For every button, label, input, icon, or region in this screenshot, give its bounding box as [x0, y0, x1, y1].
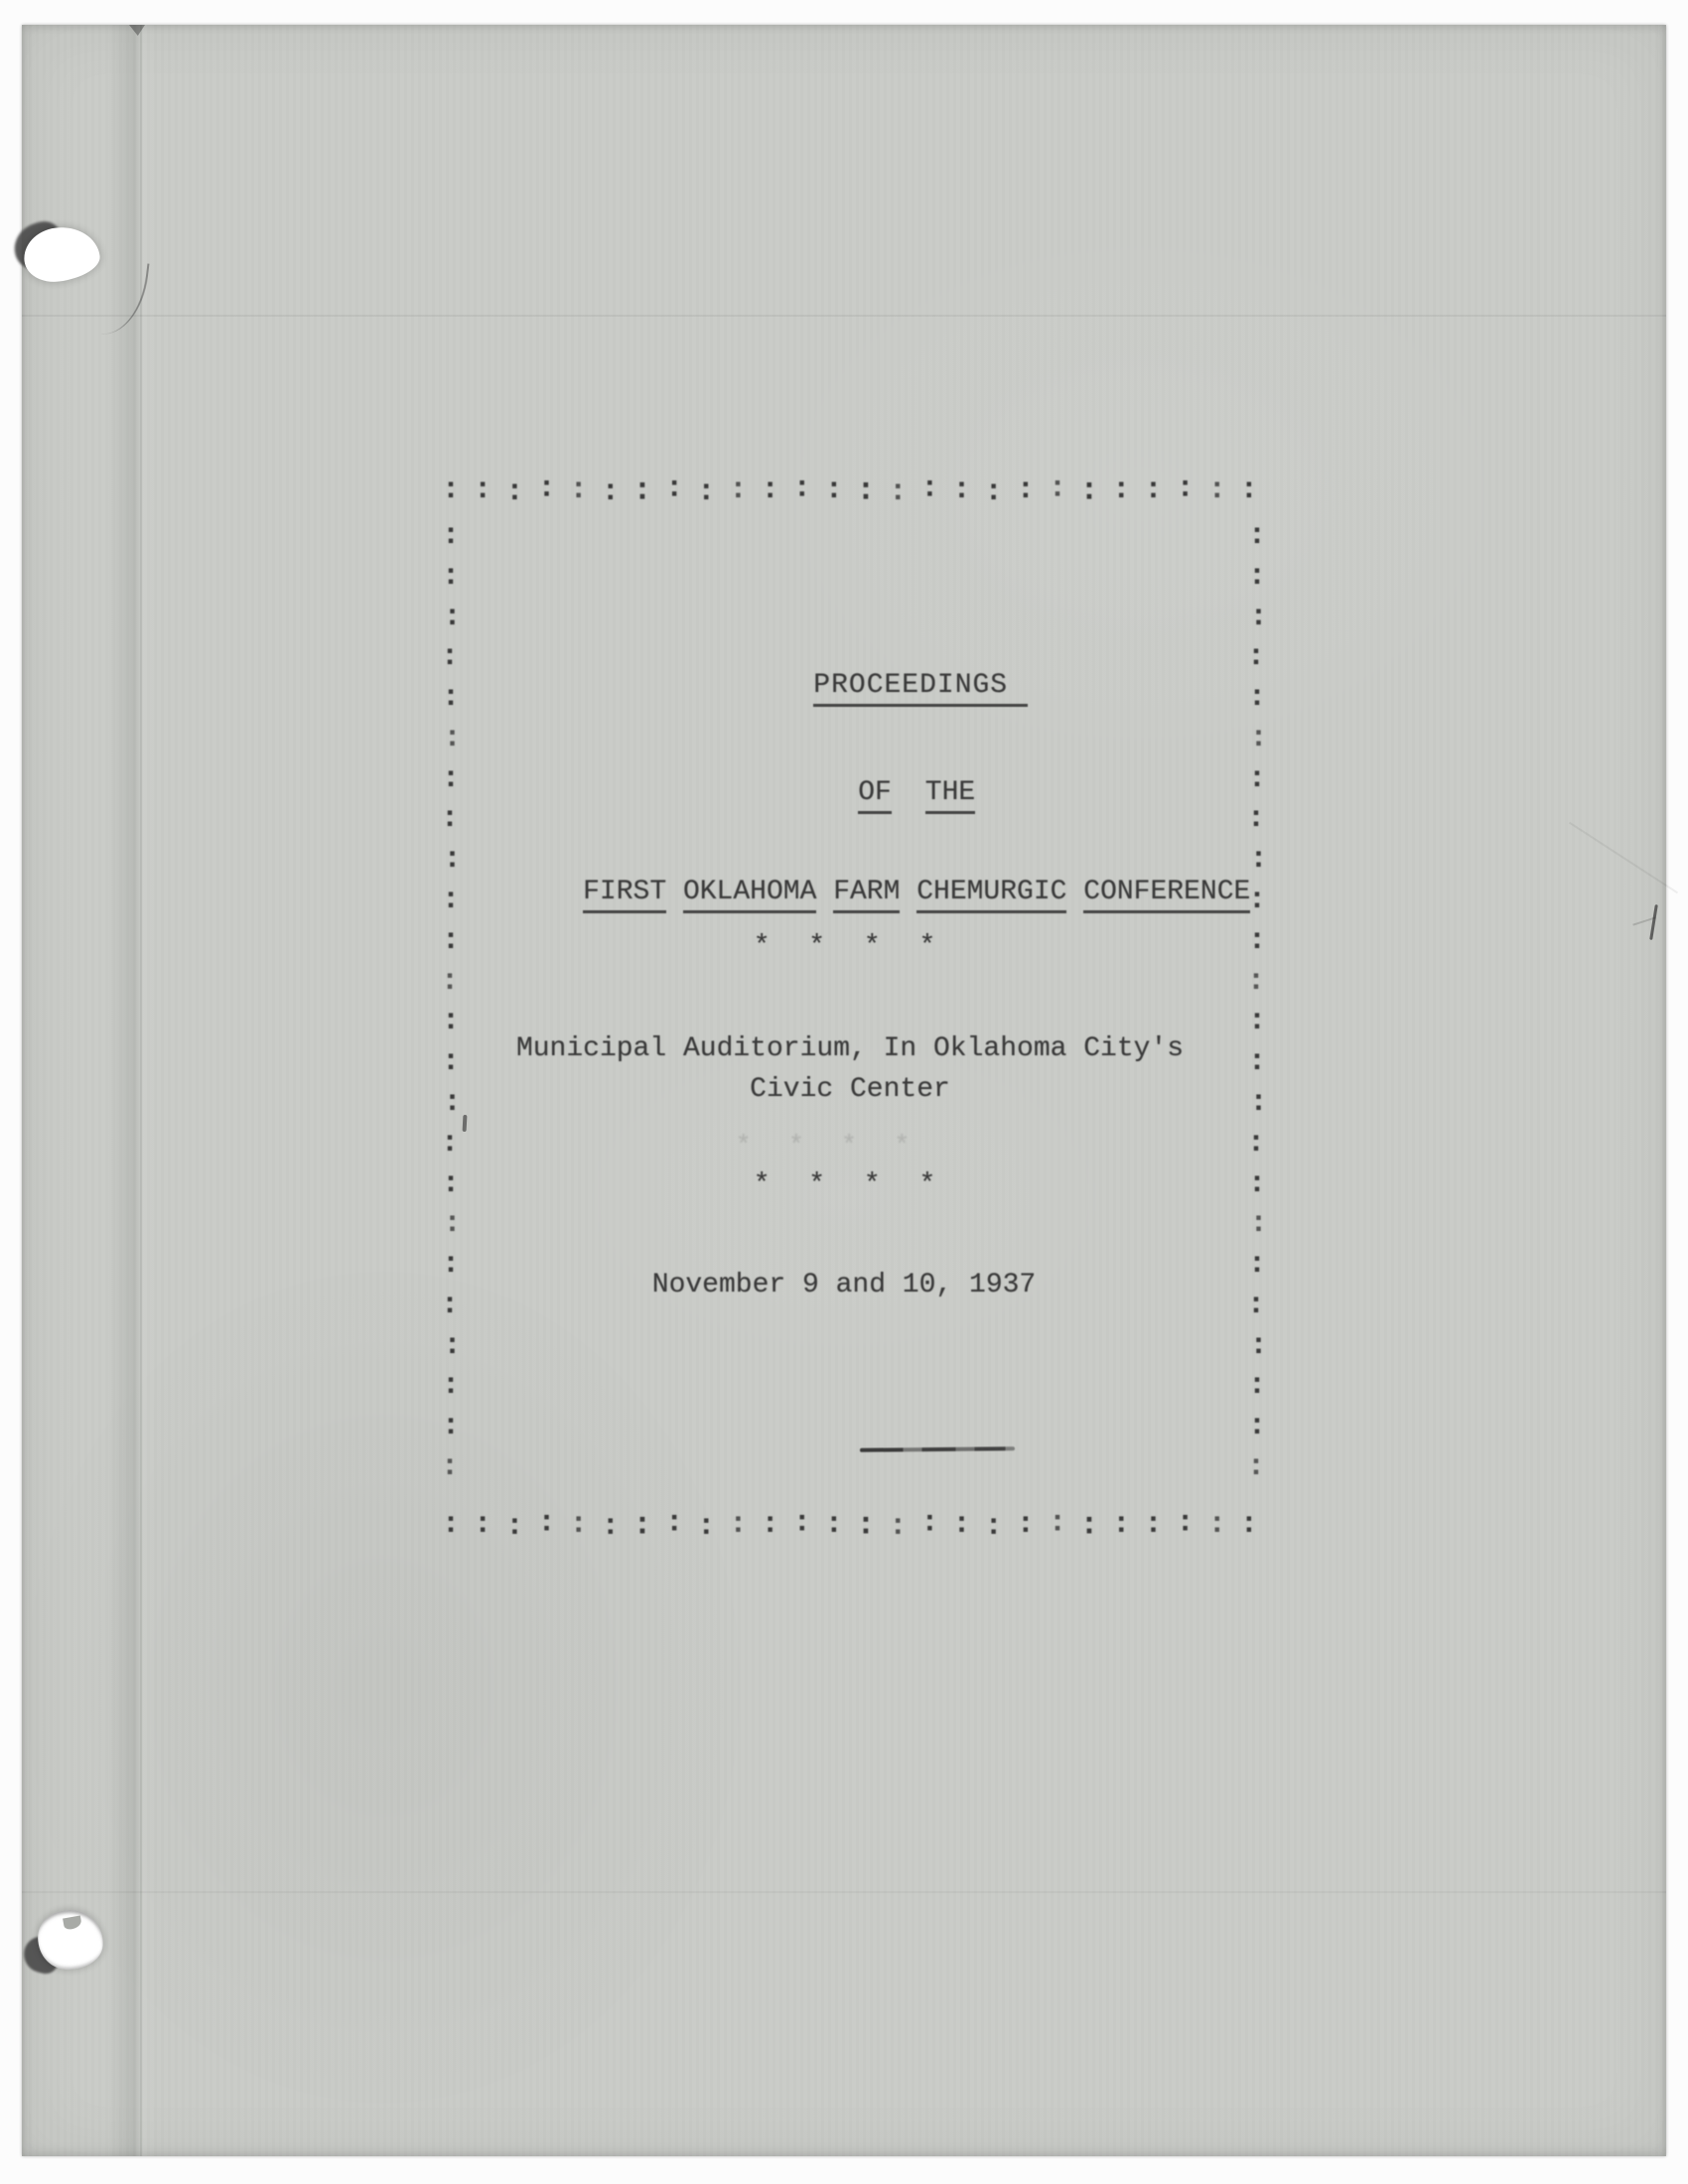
- border-colon: :: [920, 476, 938, 503]
- border-colon: :: [1144, 1511, 1162, 1539]
- star-separator-ghost: * * * *: [420, 1129, 1236, 1162]
- border-colon: :: [1177, 476, 1195, 503]
- border-colon: :: [1240, 477, 1258, 504]
- border-colon: :: [1208, 477, 1226, 504]
- border-colon: :: [1080, 477, 1099, 505]
- border-colon: :: [762, 1511, 779, 1539]
- page-title: PROCEEDINGS: [813, 670, 1028, 707]
- border-colon: :: [1177, 1510, 1195, 1538]
- border-colon: :: [1049, 1510, 1066, 1538]
- closing-rule-line: [463, 1395, 1279, 1496]
- border-colon: :: [985, 478, 1003, 506]
- closing-rule: [860, 1446, 1015, 1452]
- border-colon: :: [474, 477, 492, 504]
- border-colon: :: [1049, 476, 1066, 503]
- border-colon: :: [665, 1510, 683, 1538]
- subtitle-word-the: THE: [925, 777, 975, 814]
- document-page: :::::::::::::::::::::::::: :::::::::::::…: [22, 25, 1666, 2156]
- border-colon: :: [602, 1513, 620, 1541]
- border-colon: :: [857, 1511, 876, 1540]
- venue-line-1: Municipal Auditorium, In Oklahoma City's: [442, 1032, 1258, 1066]
- subtitle-word-of: OF: [858, 777, 892, 814]
- border-colon: :: [1248, 562, 1262, 592]
- border-colon: :: [444, 1209, 458, 1239]
- border-colon: :: [570, 1511, 588, 1539]
- border-colon: :: [1144, 477, 1162, 504]
- border-colon: :: [793, 1510, 811, 1538]
- border-colon: :: [793, 476, 811, 503]
- border-colon: :: [441, 1452, 455, 1482]
- conference-word-oklahoma: OKLAHOMA: [683, 877, 816, 913]
- conference-word-conference: CONFERENCE: [1083, 877, 1250, 913]
- border-colon: :: [602, 478, 620, 506]
- subtitle-line: OFTHE: [442, 743, 1258, 844]
- border-colon: :: [570, 477, 588, 504]
- conference-title-line: FIRST OKLAHOMA FARM CHEMURGIC CONFERENCE: [442, 842, 1258, 943]
- border-colon: :: [444, 1331, 458, 1361]
- border-colon: :: [633, 477, 651, 505]
- star-separator-1: * * * *: [442, 930, 1258, 964]
- border-colon: :: [474, 1511, 492, 1539]
- border-colon: :: [1250, 603, 1264, 632]
- border-colon: :: [1017, 477, 1035, 504]
- border-colon: :: [985, 1513, 1003, 1541]
- border-colon: :: [1240, 1511, 1258, 1539]
- border-colon: :: [762, 477, 779, 504]
- border-colon: :: [442, 1511, 460, 1539]
- border-colon: :: [857, 477, 876, 505]
- border-colon: :: [1017, 1511, 1035, 1539]
- border-colon: :: [444, 603, 458, 632]
- border-colon: :: [1248, 521, 1262, 551]
- border-colon: :: [825, 1511, 843, 1539]
- border-colon: :: [442, 1371, 456, 1401]
- border-colon: :: [889, 1513, 907, 1541]
- border-colon: :: [729, 477, 747, 504]
- border-bottom: ::::::::::::::::::::::::::: [442, 1511, 1258, 1539]
- border-colon: :: [505, 1513, 523, 1541]
- border-colon: :: [1250, 1209, 1264, 1239]
- border-colon: :: [665, 476, 683, 503]
- border-colon: :: [442, 477, 460, 504]
- conference-word-chemurgic: CHEMURGIC: [916, 877, 1066, 913]
- border-colon: :: [1247, 1129, 1261, 1159]
- border-colon: :: [1080, 1511, 1099, 1540]
- typed-ink-layer: :::::::::::::::::::::::::: :::::::::::::…: [22, 25, 1666, 2156]
- border-colon: :: [697, 478, 715, 506]
- page-title-line: PROCEEDINGS: [442, 635, 1258, 737]
- border-colon: :: [505, 478, 523, 506]
- border-colon: :: [442, 521, 456, 551]
- border-colon: :: [1112, 1511, 1130, 1539]
- border-colon: :: [442, 562, 456, 592]
- border-colon: :: [1208, 1511, 1226, 1539]
- border-colon: :: [633, 1511, 651, 1540]
- border-colon: :: [1112, 477, 1130, 504]
- border-top: ::::::::::::::::::::::::::: [442, 477, 1258, 504]
- border-colon: :: [537, 476, 555, 503]
- star-separator-2: * * * *: [442, 1168, 1258, 1202]
- venue-line-2: Civic Center: [442, 1073, 1258, 1107]
- border-colon: :: [953, 477, 971, 504]
- scan-background: :::::::::::::::::::::::::: :::::::::::::…: [0, 0, 1688, 2184]
- border-colon: :: [1250, 1331, 1264, 1361]
- border-colon: :: [441, 967, 455, 997]
- border-colon: :: [889, 478, 907, 506]
- border-colon: :: [825, 477, 843, 504]
- border-colon: :: [442, 1412, 456, 1441]
- conference-word-farm: FARM: [833, 877, 900, 913]
- border-colon: :: [729, 1511, 747, 1539]
- border-colon: :: [697, 1513, 715, 1541]
- conference-word-first: FIRST: [583, 877, 666, 913]
- border-colon: :: [953, 1511, 971, 1539]
- border-colon: :: [920, 1510, 938, 1538]
- border-colon: :: [1247, 967, 1261, 997]
- date-line: November 9 and 10, 1937: [436, 1269, 1252, 1302]
- border-colon: :: [537, 1510, 555, 1538]
